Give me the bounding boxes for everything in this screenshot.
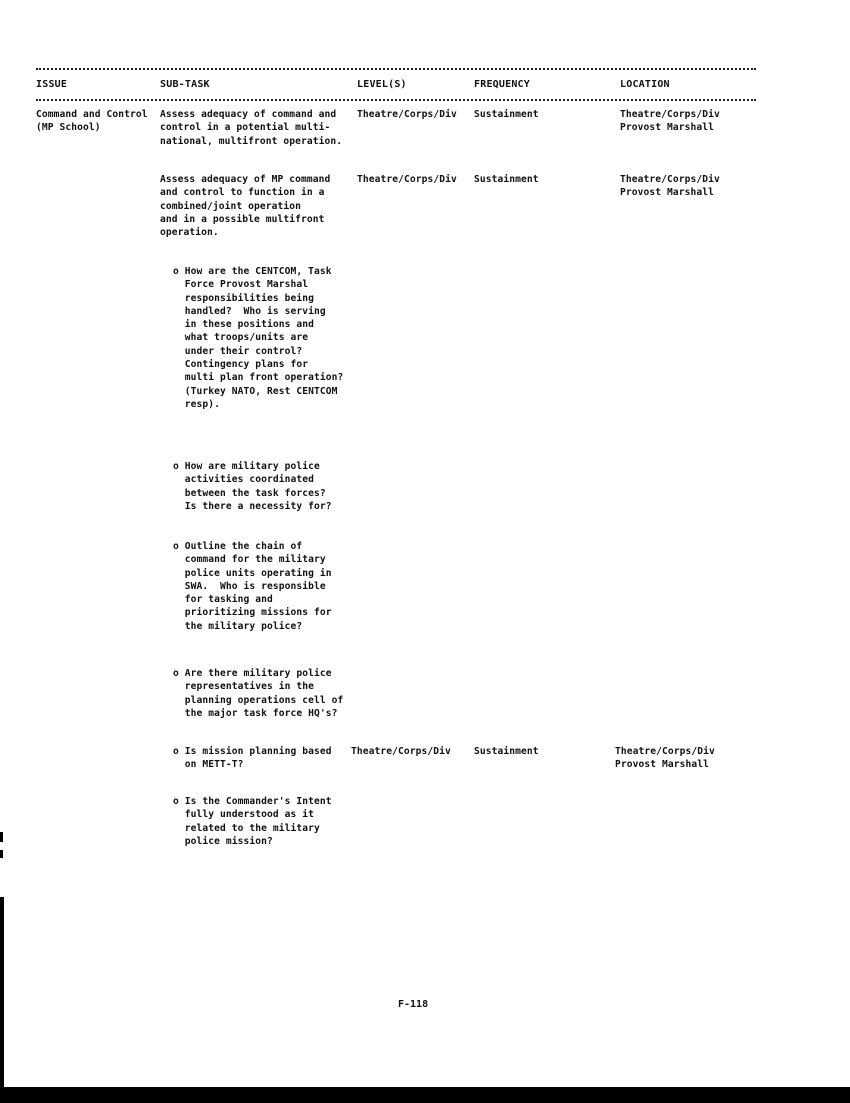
scan-edge-mark bbox=[0, 850, 3, 858]
row-6-level: Theatre/Corps/Div bbox=[351, 745, 451, 758]
header-frequency: FREQUENCY bbox=[474, 78, 530, 91]
row-4-subtask: o Outline the chain of command for the m… bbox=[173, 540, 332, 633]
header-location: LOCATION bbox=[620, 78, 670, 91]
scan-edge-bar-left bbox=[0, 897, 4, 1103]
row-3-subtask: o How are military police activities coo… bbox=[173, 460, 332, 513]
scan-edge-mark bbox=[0, 832, 3, 842]
issue-line-1: Command and Control bbox=[36, 108, 148, 121]
row-5-subtask: o Are there military police representati… bbox=[173, 667, 343, 720]
issue-line-2: (MP School) bbox=[36, 121, 101, 134]
row-1-location: Theatre/Corps/Div Provost Marshall bbox=[620, 173, 720, 200]
page-number: F-118 bbox=[398, 998, 428, 1011]
header-issue: ISSUE bbox=[36, 78, 67, 91]
document-page: ISSUE SUB-TASK LEVEL(S) FREQUENCY LOCATI… bbox=[0, 0, 850, 1103]
row-6-subtask: o Is mission planning based on METT-T? bbox=[173, 745, 332, 772]
header-subtask: SUB-TASK bbox=[160, 78, 210, 91]
row-0-frequency: Sustainment bbox=[474, 108, 539, 121]
header-levels: LEVEL(S) bbox=[357, 78, 407, 91]
scan-edge-bar-bottom bbox=[0, 1087, 850, 1103]
row-2-subtask: o How are the CENTCOM, Task Force Provos… bbox=[173, 265, 343, 411]
row-6-location: Theatre/Corps/Div Provost Marshall bbox=[615, 745, 715, 772]
row-1-level: Theatre/Corps/Div bbox=[357, 173, 457, 186]
row-0-location: Theatre/Corps/Div Provost Marshall bbox=[620, 108, 720, 135]
top-rule bbox=[36, 68, 756, 70]
row-1-frequency: Sustainment bbox=[474, 173, 539, 186]
row-1-subtask: Assess adequacy of MP command and contro… bbox=[160, 173, 330, 239]
row-0-subtask: Assess adequacy of command and control i… bbox=[160, 108, 342, 148]
row-7-subtask: o Is the Commander's Intent fully unders… bbox=[173, 795, 332, 848]
row-0-level: Theatre/Corps/Div bbox=[357, 108, 457, 121]
header-rule bbox=[36, 99, 756, 101]
row-6-frequency: Sustainment bbox=[474, 745, 539, 758]
